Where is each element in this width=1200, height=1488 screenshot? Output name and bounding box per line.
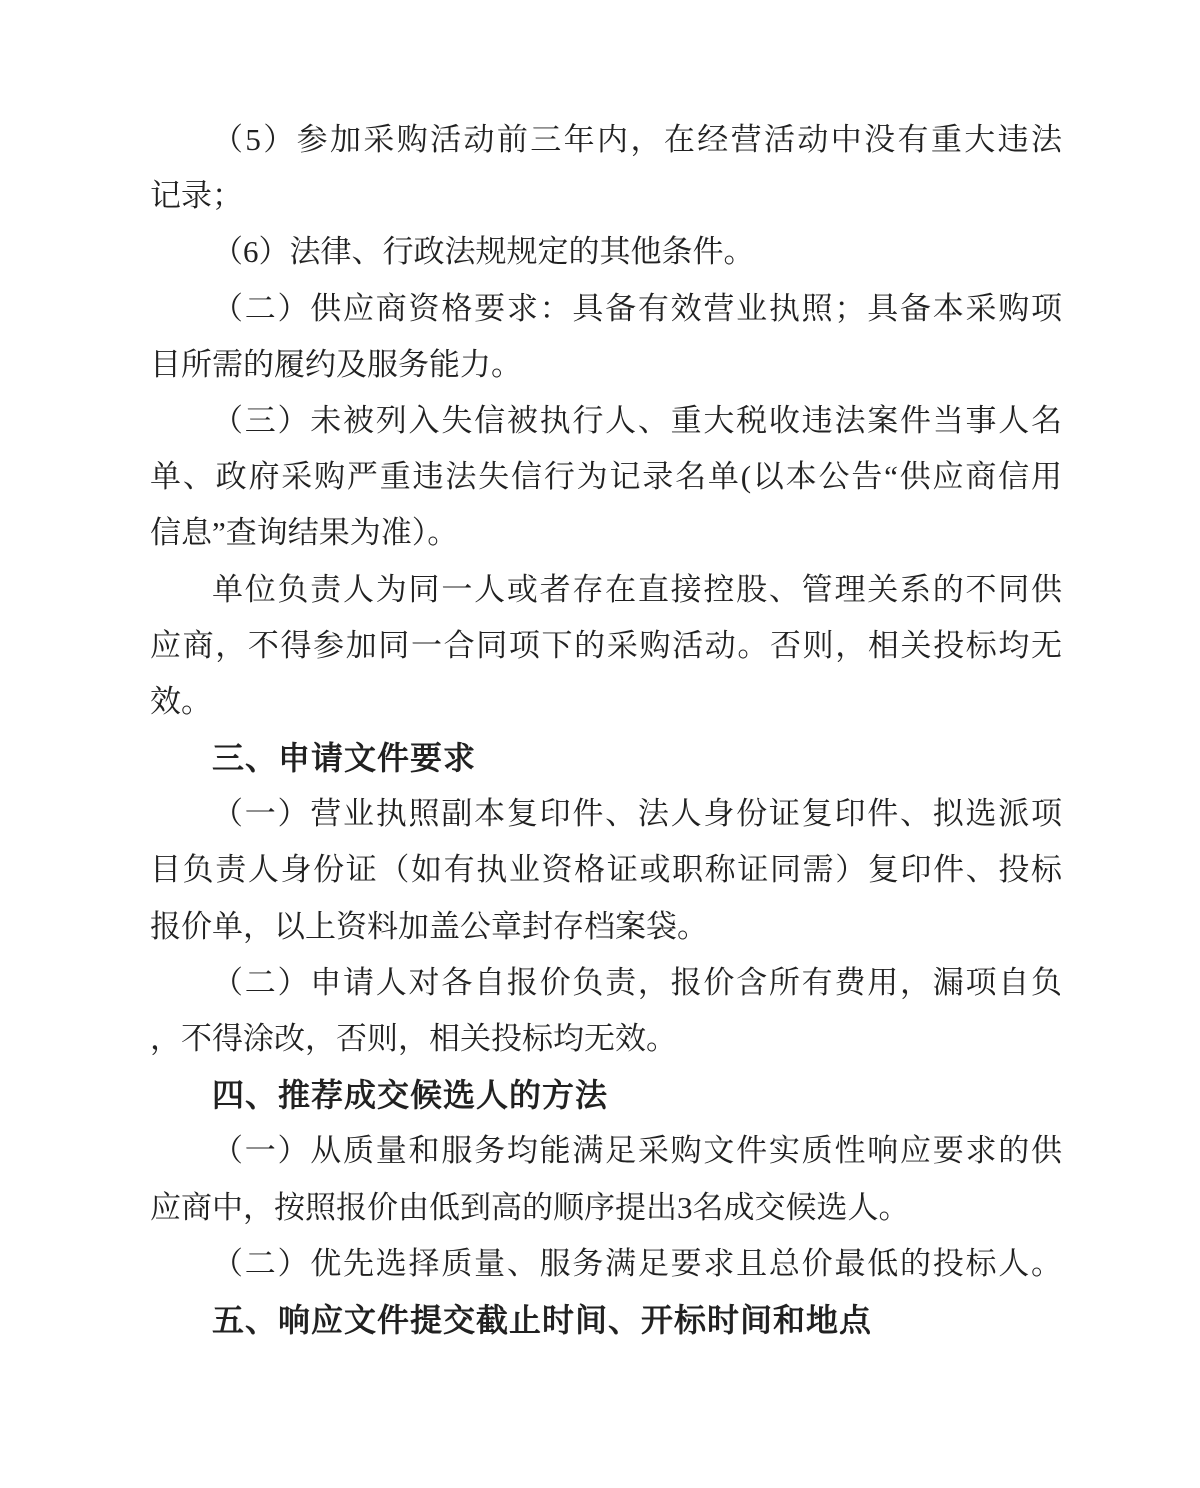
- body-text-line: （6）法律、行政法规规定的其他条件。: [150, 224, 1062, 280]
- body-text-line: ，不得涂改，否则，相关投标均无效。: [150, 1011, 1062, 1067]
- body-text-line: （一）营业执照副本复印件、法人身份证复印件、拟选派项: [150, 786, 1062, 842]
- body-text-line: 目所需的履约及服务能力。: [150, 337, 1062, 393]
- body-text-line: 单位负责人为同一人或者存在直接控股、管理关系的不同供: [150, 562, 1062, 618]
- body-text-line: （一）从质量和服务均能满足采购文件实质性响应要求的供: [150, 1123, 1062, 1179]
- section-heading: 五、响应文件提交截止时间、开标时间和地点: [150, 1292, 1062, 1348]
- document-text-block: （5）参加采购活动前三年内，在经营活动中没有重大违法记录；（6）法律、行政法规规…: [150, 112, 1062, 1348]
- body-text-line: 单、政府采购严重违法失信行为记录名单(以本公告“供应商信用: [150, 449, 1062, 505]
- body-text-line: 应商，不得参加同一合同项下的采购活动。否则，相关投标均无: [150, 618, 1062, 674]
- body-text-line: （二）申请人对各自报价负责，报价含所有费用，漏项自负: [150, 955, 1062, 1011]
- body-text-line: 报价单，以上资料加盖公章封存档案袋。: [150, 899, 1062, 955]
- section-heading: 三、申请文件要求: [150, 730, 1062, 786]
- body-text-line: （三）未被列入失信被执行人、重大税收违法案件当事人名: [150, 393, 1062, 449]
- body-text-line: 记录；: [150, 168, 1062, 224]
- body-text-line: 效。: [150, 674, 1062, 730]
- body-text-line: （5）参加采购活动前三年内，在经营活动中没有重大违法: [150, 112, 1062, 168]
- body-text-line: 目负责人身份证（如有执业资格证或职称证同需）复印件、投标: [150, 842, 1062, 898]
- body-text-line: （二）优先选择质量、服务满足要求且总价最低的投标人。: [150, 1236, 1062, 1292]
- body-text-line: 信息”查询结果为准）。: [150, 505, 1062, 561]
- section-heading: 四、推荐成交候选人的方法: [150, 1067, 1062, 1123]
- document-page: （5）参加采购活动前三年内，在经营活动中没有重大违法记录；（6）法律、行政法规规…: [0, 0, 1200, 1488]
- body-text-line: 应商中，按照报价由低到高的顺序提出3名成交候选人。: [150, 1180, 1062, 1236]
- body-text-line: （二）供应商资格要求：具备有效营业执照；具备本采购项: [150, 281, 1062, 337]
